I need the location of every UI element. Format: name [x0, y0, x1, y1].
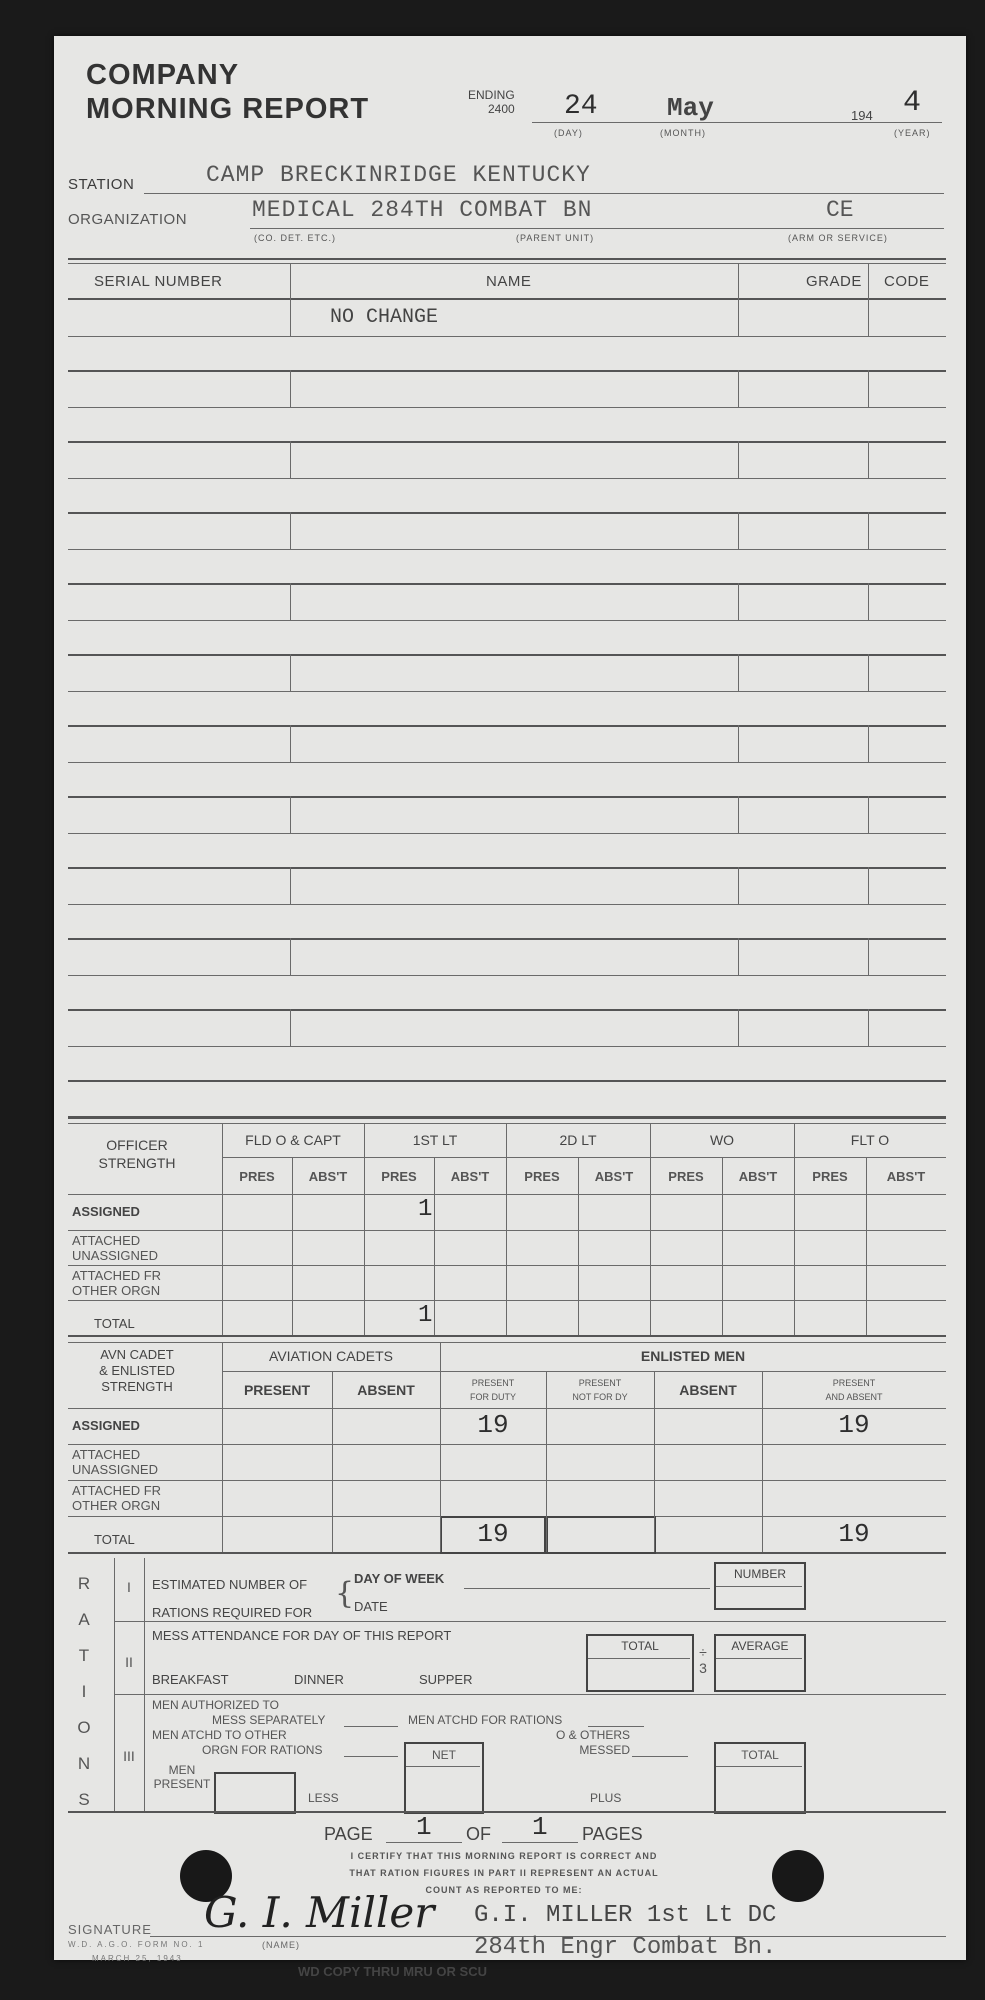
pages-label: PAGES	[582, 1824, 643, 1845]
row-label-line: ATTACHED	[72, 1447, 158, 1462]
avn-enlisted-label: AVN CADET & ENLISTED STRENGTH	[68, 1347, 206, 1395]
assigned-1st-lt-pres: 1	[418, 1196, 432, 1223]
col-line: FOR DUTY	[440, 1390, 546, 1404]
divide-sign: ÷	[694, 1644, 712, 1660]
brace-icon: {	[335, 1576, 354, 1611]
part-i-numeral: I	[114, 1579, 144, 1595]
divide-by-three: ÷ 3	[694, 1644, 712, 1676]
col-present-and-absent: PRESENT AND ABSENT	[762, 1376, 946, 1404]
morning-report-form: COMPANY MORNING REPORT ENDING 2400 24 (D…	[54, 36, 966, 1960]
enlisted-men-header: ENLISTED MEN	[440, 1348, 946, 1364]
day-of-week-label: DAY OF WEEK	[354, 1571, 444, 1586]
o-others-line: O & OTHERS	[510, 1728, 630, 1743]
mess-separately-field[interactable]	[344, 1726, 398, 1727]
certify-line: THAT RATION FIGURES IN PART II REPRESENT…	[284, 1865, 724, 1882]
enlisted-label-2: & ENLISTED	[68, 1363, 206, 1379]
assigned-present-for-duty: 19	[440, 1410, 546, 1440]
org-caption-arm: (ARM OR SERVICE)	[788, 233, 888, 243]
row-label-line: OTHER ORGN	[72, 1498, 161, 1513]
row-label-line: UNASSIGNED	[72, 1248, 158, 1263]
part-i-label: ESTIMATED NUMBER OF RATIONS REQUIRED FOR	[152, 1571, 312, 1627]
row-label-total: TOTAL	[94, 1532, 135, 1547]
men-present-box[interactable]	[214, 1772, 296, 1814]
number-label: NUMBER	[716, 1567, 804, 1581]
men-present-line: MEN	[152, 1763, 212, 1777]
typed-name: G.I. MILLER 1st Lt DC	[474, 1902, 776, 1929]
row-label-assigned: ASSIGNED	[72, 1418, 140, 1433]
average-label: AVERAGE	[716, 1639, 804, 1653]
group-2d-lt: 2D LT	[506, 1132, 650, 1148]
group-wo: WO	[650, 1132, 794, 1148]
officer-label-1: OFFICER	[68, 1136, 206, 1154]
month-value: May	[667, 93, 714, 123]
dinner-label: DINNER	[294, 1672, 344, 1687]
col-line: PRESENT	[546, 1376, 654, 1390]
ending-time: 2400	[468, 102, 515, 116]
supper-label: SUPPER	[419, 1672, 472, 1687]
auth-line-1: MEN AUTHORIZED TO	[152, 1698, 279, 1712]
wd-copy-note: WD COPY THRU MRU OR SCU	[298, 1964, 487, 1979]
title-line-1: COMPANY	[86, 58, 369, 92]
date-label: DATE	[354, 1599, 388, 1614]
rations-side-label: R A T I O N S	[74, 1566, 94, 1818]
row-label-total: TOTAL	[94, 1316, 135, 1331]
header-code: CODE	[884, 273, 929, 290]
year-caption: (YEAR)	[894, 128, 931, 138]
part-i-line: RATIONS REQUIRED FOR	[152, 1599, 312, 1627]
row-label-line: UNASSIGNED	[72, 1462, 158, 1477]
row-label-line: ATTACHED FR	[72, 1483, 161, 1498]
aviation-cadets-header: AVIATION CADETS	[222, 1348, 440, 1364]
o-others-field[interactable]	[632, 1756, 688, 1757]
side-letter: O	[74, 1710, 94, 1746]
breakfast-label: BREAKFAST	[152, 1672, 229, 1687]
col-cadets-absent: ABSENT	[332, 1382, 440, 1398]
sub-pres: PRES	[650, 1169, 722, 1184]
assigned-present-and-absent: 19	[762, 1410, 946, 1440]
certify-line: I CERTIFY THAT THIS MORNING REPORT IS CO…	[284, 1848, 724, 1865]
o-others-line: MESSED	[510, 1743, 630, 1758]
side-letter: A	[74, 1602, 94, 1638]
sub-abst: ABS'T	[292, 1169, 364, 1184]
page-label: PAGE	[324, 1824, 373, 1845]
group-fld-o-capt: FLD O & CAPT	[222, 1132, 364, 1148]
of-label: OF	[466, 1824, 491, 1845]
col-em-absent: ABSENT	[654, 1382, 762, 1398]
col-present-for-duty: PRESENT FOR DUTY	[440, 1376, 546, 1404]
side-letter: I	[74, 1674, 94, 1710]
col-line: NOT FOR DY	[546, 1390, 654, 1404]
row-label-attached-fr: ATTACHED FR OTHER ORGN	[72, 1268, 161, 1298]
atchd-other-2: ORGN FOR RATIONS	[202, 1743, 322, 1757]
divide-by: 3	[694, 1660, 712, 1676]
side-letter: N	[74, 1746, 94, 1782]
row-label-assigned: ASSIGNED	[72, 1204, 140, 1219]
name-caption: (NAME)	[262, 1940, 300, 1950]
roster-entry-name: NO CHANGE	[330, 306, 438, 329]
ending-label: ENDING 2400	[468, 88, 515, 116]
orgn-for-rations-field[interactable]	[344, 1756, 398, 1757]
total-present-for-duty: 19	[440, 1519, 546, 1549]
station-label: STATION	[68, 176, 134, 193]
organization-value: MEDICAL 284TH COMBAT BN	[252, 197, 592, 223]
title-line-2: MORNING REPORT	[86, 92, 369, 126]
side-letter: T	[74, 1638, 94, 1674]
sub-pres: PRES	[222, 1169, 292, 1184]
less-label: LESS	[308, 1791, 339, 1805]
officer-label-2: STRENGTH	[68, 1154, 206, 1172]
sub-abst: ABS'T	[578, 1169, 650, 1184]
rations-total-label: TOTAL	[716, 1748, 804, 1762]
col-line: PRESENT	[440, 1376, 546, 1390]
sub-pres: PRES	[794, 1169, 866, 1184]
page-number: 1	[416, 1812, 432, 1842]
sub-pres: PRES	[506, 1169, 578, 1184]
men-present-label: MEN PRESENT	[152, 1763, 212, 1791]
organization-label: ORGANIZATION	[68, 211, 187, 228]
sub-abst: ABS'T	[866, 1169, 946, 1184]
arm-or-service-value: CE	[826, 197, 854, 223]
month-caption: (MONTH)	[660, 128, 706, 138]
form-number: W.D. A.G.O. FORM NO. 1	[68, 1940, 204, 1949]
atchd-for-rations-label: MEN ATCHD FOR RATIONS	[408, 1713, 562, 1727]
row-label-line: ATTACHED FR	[72, 1268, 161, 1283]
row-label-attached-unassigned: ATTACHED UNASSIGNED	[72, 1447, 158, 1477]
ending-text: ENDING	[468, 88, 515, 102]
net-label: NET	[406, 1748, 482, 1762]
mess-attendance-label: MESS ATTENDANCE FOR DAY OF THIS REPORT	[152, 1628, 451, 1643]
org-caption-parent: (PARENT UNIT)	[516, 233, 594, 243]
col-present-not-for-duty: PRESENT NOT FOR DY	[546, 1376, 654, 1404]
year-value: 4	[903, 86, 921, 120]
handwritten-signature: G. I. Miller	[204, 1888, 434, 1937]
col-line: PRESENT	[762, 1376, 946, 1390]
group-1st-lt: 1ST LT	[364, 1132, 506, 1148]
row-label-attached-unassigned: ATTACHED UNASSIGNED	[72, 1233, 158, 1263]
atchd-for-rations-field[interactable]	[588, 1726, 644, 1727]
enlisted-label-1: AVN CADET	[68, 1347, 206, 1363]
year-prefix: 194	[851, 108, 873, 123]
signature-label: SIGNATURE	[68, 1922, 152, 1937]
col-line: AND ABSENT	[762, 1390, 946, 1404]
officer-strength-label: OFFICER STRENGTH	[68, 1136, 206, 1172]
mess-total-label: TOTAL	[588, 1639, 692, 1653]
form-title: COMPANY MORNING REPORT	[86, 58, 369, 126]
total-1st-lt-pres: 1	[418, 1302, 432, 1329]
row-label-line: OTHER ORGN	[72, 1283, 161, 1298]
day-of-week-field[interactable]	[464, 1588, 710, 1589]
atchd-other-1: MEN ATCHD TO OTHER	[152, 1728, 287, 1742]
sub-abst: ABS'T	[722, 1169, 794, 1184]
row-label-line: ATTACHED	[72, 1233, 158, 1248]
sub-pres: PRES	[364, 1169, 434, 1184]
total-present-and-absent: 19	[762, 1519, 946, 1549]
men-present-line: PRESENT	[152, 1777, 212, 1791]
org-caption-co: (CO. DET. ETC.)	[254, 233, 336, 243]
punch-hole-right	[772, 1850, 824, 1902]
form-date: MARCH 25, 1943	[92, 1954, 183, 1963]
part-iii-numeral: III	[114, 1748, 144, 1764]
plus-label: PLUS	[590, 1791, 621, 1805]
day-value: 24	[564, 91, 598, 122]
auth-line-2: MESS SEPARATELY	[212, 1713, 325, 1727]
row-label-attached-fr: ATTACHED FR OTHER ORGN	[72, 1483, 161, 1513]
sub-abst: ABS'T	[434, 1169, 506, 1184]
o-others-messed-label: O & OTHERS MESSED	[510, 1728, 630, 1758]
col-cadets-present: PRESENT	[222, 1382, 332, 1398]
part-ii-numeral: II	[114, 1654, 144, 1670]
header-grade: GRADE	[806, 273, 862, 290]
header-name: NAME	[486, 273, 531, 290]
day-caption: (DAY)	[554, 128, 583, 138]
station-value: CAMP BRECKINRIDGE KENTUCKY	[206, 162, 591, 188]
side-letter: R	[74, 1566, 94, 1602]
unit-line: 284th Engr Combat Bn.	[474, 1934, 776, 1961]
group-flt-o: FLT O	[794, 1132, 946, 1148]
part-i-line: ESTIMATED NUMBER OF	[152, 1571, 312, 1599]
page-total: 1	[532, 1812, 548, 1842]
enlisted-label-3: STRENGTH	[68, 1379, 206, 1395]
header-serial-number: SERIAL NUMBER	[94, 273, 222, 290]
